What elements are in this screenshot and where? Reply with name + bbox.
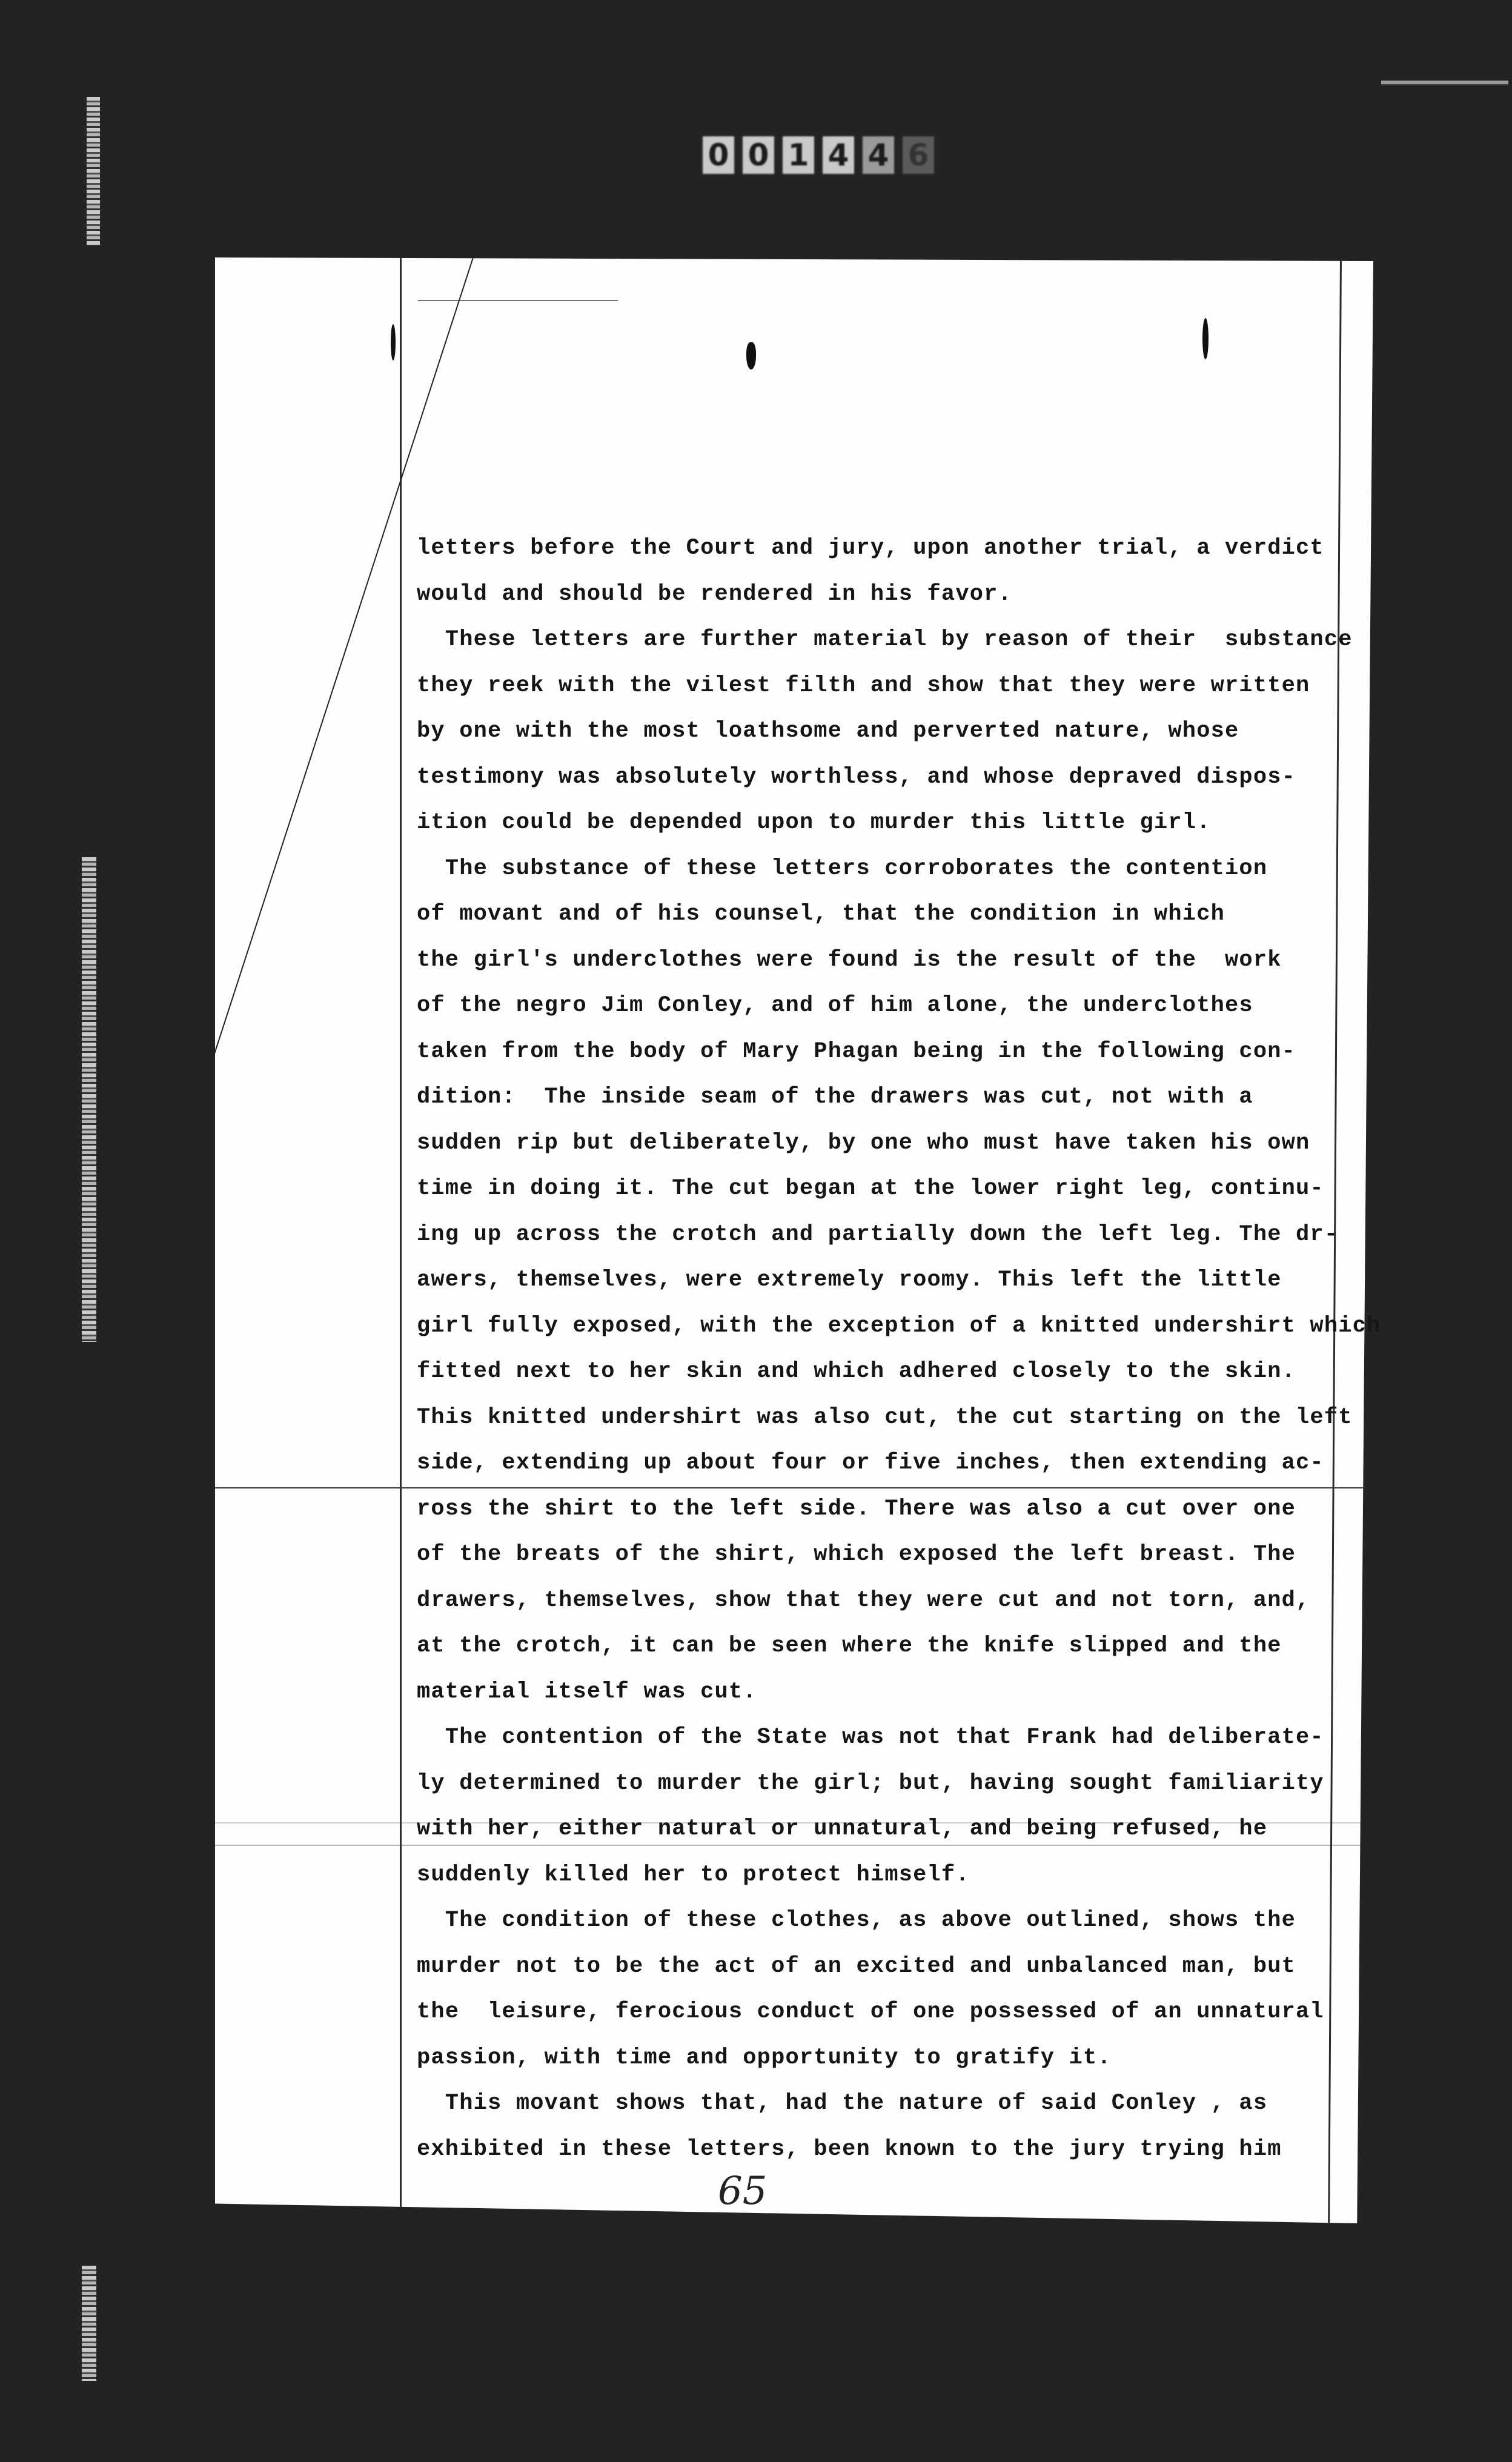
text-line: The condition of these clothes, as above… [417, 1898, 1386, 1944]
top-short-rule [418, 300, 618, 301]
stamp-digit: 0 [743, 136, 774, 174]
text-line: side, extending up about four or five in… [417, 1441, 1386, 1487]
stamp-digit: 6 [903, 136, 934, 174]
ink-blot [391, 324, 396, 360]
frame-number-stamp: 0 0 1 4 4 6 [703, 136, 934, 174]
text-line: the girl's underclothes were found is th… [417, 938, 1386, 984]
text-line: ly determined to murder the girl; but, h… [417, 1761, 1386, 1807]
ink-blot [1202, 318, 1209, 359]
text-line: of the negro Jim Conley, and of him alon… [417, 983, 1386, 1029]
text-line: The substance of these letters corrobora… [417, 846, 1386, 892]
film-edge-streak [82, 857, 96, 1342]
left-margin-rule [400, 257, 402, 2223]
text-line: ition could be depended upon to murder t… [417, 800, 1386, 846]
text-line: taken from the body of Mary Phagan being… [417, 1029, 1386, 1075]
text-line: by one with the most loathsome and perve… [417, 709, 1386, 755]
stamp-digit: 4 [863, 136, 894, 174]
text-line: This movant shows that, had the nature o… [417, 2081, 1386, 2127]
text-line: murder not to be the act of an excited a… [417, 1944, 1386, 1990]
stamp-digit: 1 [783, 136, 814, 174]
text-line: of the breats of the shirt, which expose… [417, 1532, 1386, 1578]
text-line: awers, themselves, were extremely roomy.… [417, 1258, 1386, 1304]
text-line: sudden rip but deliberately, by one who … [417, 1121, 1386, 1167]
text-line: girl fully exposed, with the exception o… [417, 1304, 1386, 1350]
stamp-digit: 0 [703, 136, 734, 174]
text-line: would and should be rendered in his favo… [417, 572, 1386, 618]
text-line: The contention of the State was not that… [417, 1715, 1386, 1761]
ink-blot [746, 342, 756, 370]
text-line: These letters are further material by re… [417, 617, 1386, 663]
text-line: passion, with time and opportunity to gr… [417, 2036, 1386, 2082]
text-line: of movant and of his counsel, that the c… [417, 892, 1386, 938]
stamp-digit: 4 [823, 136, 854, 174]
film-edge-streak [1381, 81, 1508, 85]
text-line: fitted next to her skin and which adhere… [417, 1349, 1386, 1395]
text-line: suddenly killed her to protect himself. [417, 1853, 1386, 1899]
text-line: dition: The inside seam of the drawers w… [417, 1075, 1386, 1121]
body-text: letters before the Court and jury, upon … [417, 526, 1386, 2172]
text-line: This knitted undershirt was also cut, th… [417, 1395, 1386, 1441]
text-line: testimony was absolutely worthless, and … [417, 755, 1386, 801]
text-line: time in doing it. The cut began at the l… [417, 1166, 1386, 1212]
handwritten-page-number: 65 [718, 2169, 767, 2214]
text-line: exhibited in these letters, been known t… [417, 2127, 1386, 2173]
film-edge-streak [87, 97, 100, 245]
text-line: letters before the Court and jury, upon … [417, 526, 1386, 572]
text-line: drawers, themselves, show that they were… [417, 1578, 1386, 1624]
film-edge-streak [82, 2266, 96, 2381]
text-line: they reek with the vilest filth and show… [417, 663, 1386, 709]
text-line: with her, either natural or unnatural, a… [417, 1807, 1386, 1853]
text-line: material itself was cut. [417, 1670, 1386, 1716]
text-line: ross the shirt to the left side. There w… [417, 1487, 1386, 1533]
text-line: ing up across the crotch and partially d… [417, 1212, 1386, 1258]
text-line: at the crotch, it can be seen where the … [417, 1624, 1386, 1670]
text-line: the leisure, ferocious conduct of one po… [417, 1989, 1386, 2036]
